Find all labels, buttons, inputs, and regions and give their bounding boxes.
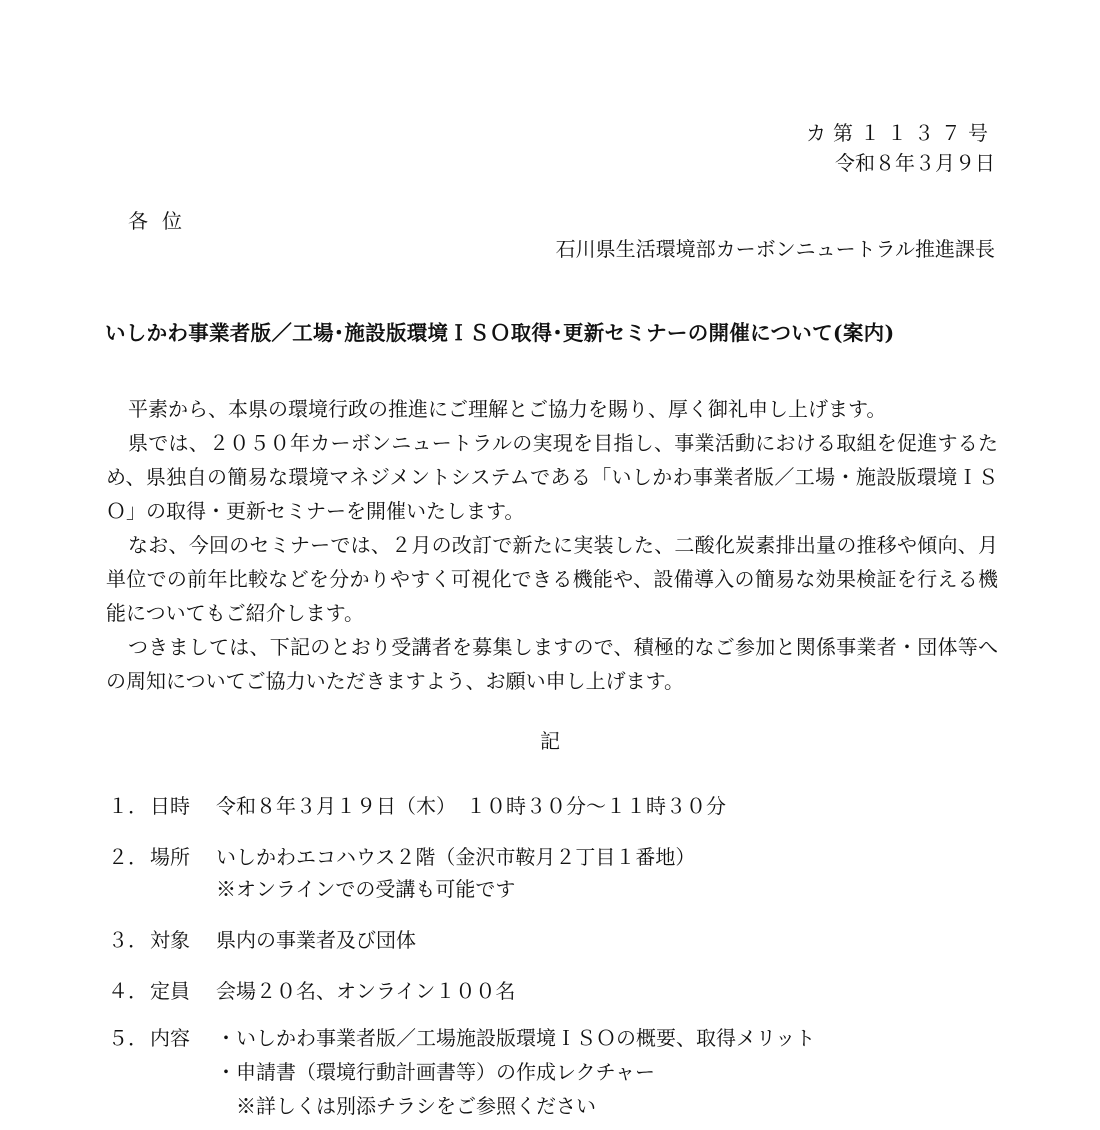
item-number: ４． [108, 975, 150, 1004]
ki-heading: 記 [540, 725, 560, 754]
item-label: 日時 [150, 790, 216, 819]
body-text: 平素から、本県の環境行政の推進にご理解とご協力を賜り、厚く御礼申し上げます。 県… [106, 392, 998, 698]
document-number: カ第１１３７号 [806, 117, 995, 146]
item-label: 対象 [150, 924, 216, 953]
document-title: いしかわ事業者版／工場･施設版環境ＩＳＯ取得･更新セミナーの開催について(案内) [105, 316, 895, 346]
item-note: ・申請書（環境行動計画書等）の作成レクチャー [216, 1056, 655, 1085]
item-value: ・いしかわ事業者版／工場施設版環境ＩＳＯの概要、取得メリット [216, 1026, 815, 1050]
paragraph: 県では、２０５０年カーボンニュートラルの実現を目指し、事業活動における取組を促進… [106, 426, 998, 528]
item-value: いしかわエコハウス２階（金沢市鞍月２丁目１番地） [216, 845, 695, 869]
item-value: 令和８年３月１９日（木） １０時３０分～１１時３０分 [216, 794, 726, 818]
list-item-target: ３．対象県内の事業者及び団体 [108, 924, 416, 953]
item-number: ３． [108, 924, 150, 953]
item-note: ※オンラインでの受講も可能です [216, 873, 515, 902]
item-note: ※詳しくは別添チラシをご参照ください [216, 1090, 596, 1119]
list-item-content: ５．内容・いしかわ事業者版／工場施設版環境ＩＳＯの概要、取得メリット [108, 1022, 815, 1051]
item-number: １． [108, 790, 150, 819]
item-label: 定員 [150, 975, 216, 1004]
item-value: 県内の事業者及び団体 [216, 928, 416, 952]
paragraph: 平素から、本県の環境行政の推進にご理解とご協力を賜り、厚く御礼申し上げます。 [106, 392, 998, 426]
paragraph: つきましては、下記のとおり受講者を募集しますので、積極的なご参加と関係事業者・団… [106, 630, 998, 698]
item-number: ５． [108, 1022, 150, 1051]
item-label: 内容 [150, 1022, 216, 1051]
list-item-datetime: １．日時令和８年３月１９日（木） １０時３０分～１１時３０分 [108, 790, 726, 819]
sender: 石川県生活環境部カーボンニュートラル推進課長 [556, 233, 995, 262]
paragraph: なお、今回のセミナーでは、２月の改訂で新たに実装した、二酸化炭素排出量の推移や傾… [106, 528, 998, 630]
list-item-venue: ２．場所いしかわエコハウス２階（金沢市鞍月２丁目１番地） [108, 841, 695, 870]
item-number: ２． [108, 841, 150, 870]
list-item-capacity: ４．定員会場２０名、オンライン１００名 [108, 975, 515, 1004]
document-date: 令和８年３月９日 [835, 147, 995, 176]
item-label: 場所 [150, 841, 216, 870]
item-value: 会場２０名、オンライン１００名 [216, 979, 515, 1003]
addressee: 各位 [128, 205, 196, 234]
